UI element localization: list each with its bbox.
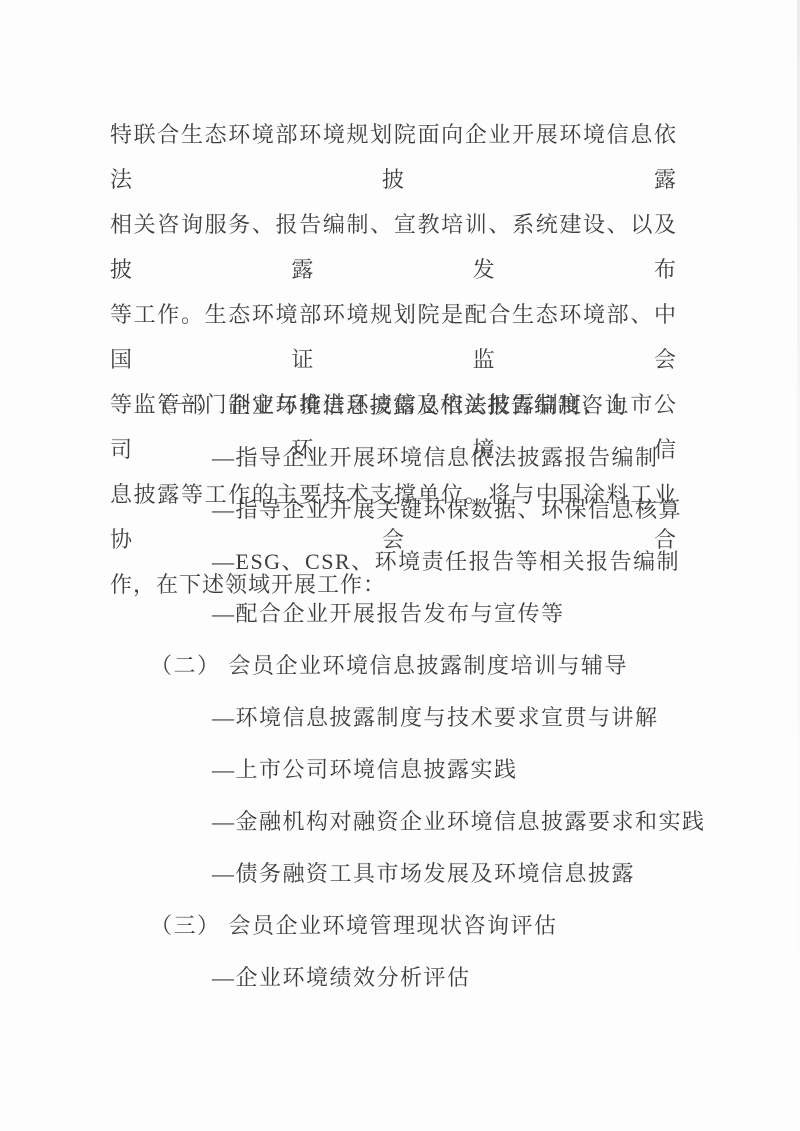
- section-1-item-2: —指导企业开展关键环保数据、环保信息核算: [150, 484, 695, 536]
- section-3-item-1: —企业环境绩效分析评估: [150, 952, 695, 1004]
- section-1-item-3: —ESG、CSR、环境责任报告等相关报告编制: [150, 536, 695, 588]
- section-1-item-1: —指导企业开展环境信息依法披露报告编制: [150, 432, 695, 484]
- work-areas-list: （一）企业环境信息披露及相关报告编制咨询 —指导企业开展环境信息依法披露报告编制…: [150, 380, 695, 1004]
- section-2-item-3: —金融机构对融资企业环境信息披露要求和实践: [150, 796, 695, 848]
- section-3-heading: （三）会员企业环境管理现状咨询评估: [150, 900, 695, 952]
- paragraph-line-2: 相关咨询服务、报告编制、宣教培训、系统建设、以及披露发布: [110, 202, 677, 292]
- section-3-number: （三）: [150, 900, 221, 952]
- section-2-heading: （二）会员企业环境信息披露制度培训与辅导: [150, 640, 695, 692]
- section-2-item-1: —环境信息披露制度与技术要求宣贯与讲解: [150, 692, 695, 744]
- section-2-item-2: —上市公司环境信息披露实践: [150, 744, 695, 796]
- section-1-title: 企业环境信息披露及相关报告编制咨询: [229, 393, 629, 418]
- paragraph-line-1: 特联合生态环境部环境规划院面向企业开展环境信息依法披露: [110, 112, 677, 202]
- section-2-number: （二）: [150, 640, 221, 692]
- section-1-number: （一）: [150, 380, 221, 432]
- section-1-heading: （一）企业环境信息披露及相关报告编制咨询: [150, 380, 695, 432]
- section-3-title: 会员企业环境管理现状咨询评估: [229, 913, 558, 938]
- section-2-item-4: —债务融资工具市场发展及环境信息披露: [150, 848, 695, 900]
- paragraph-line-3: 等工作。生态环境部环境规划院是配合生态环境部、中国证监会: [110, 292, 677, 382]
- document-page: 特联合生态环境部环境规划院面向企业开展环境信息依法披露 相关咨询服务、报告编制、…: [0, 0, 800, 1131]
- section-1-item-4: —配合企业开展报告发布与宣传等: [150, 588, 695, 640]
- section-2-title: 会员企业环境信息披露制度培训与辅导: [229, 653, 629, 678]
